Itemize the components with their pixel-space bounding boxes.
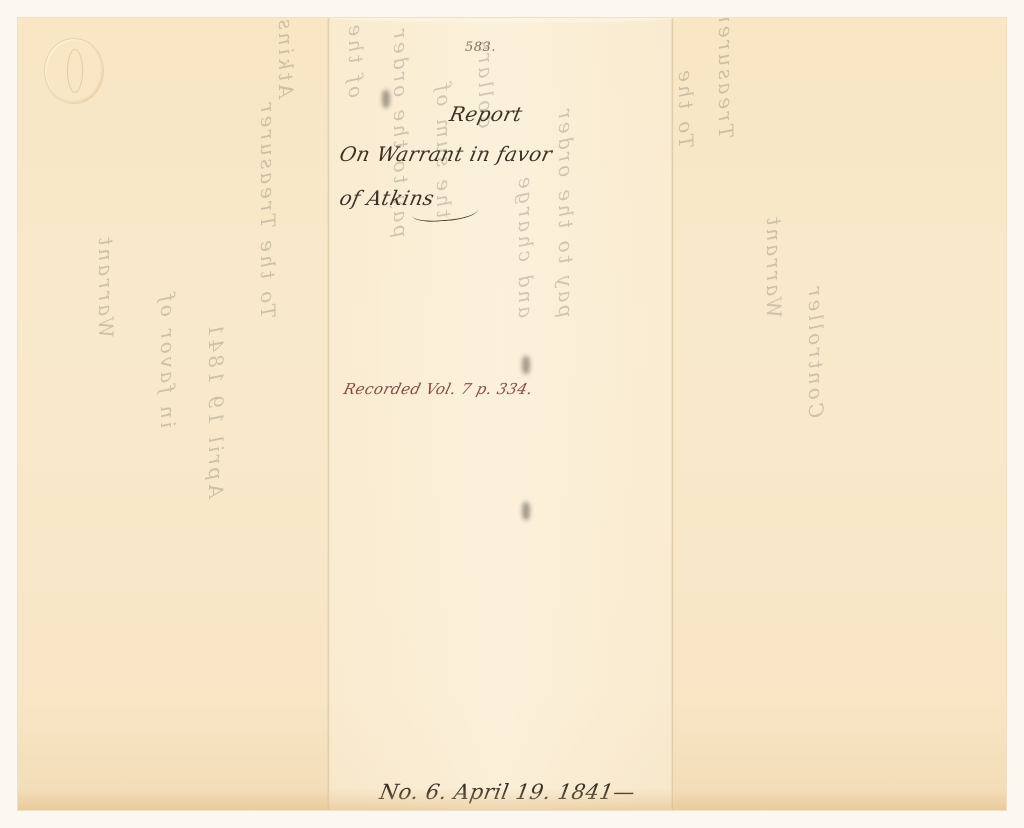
bleed-through-text: April 19 1841 [204,320,228,498]
ink-smudge [522,356,530,374]
fold-line-left [327,18,330,810]
ink-smudge [382,90,390,108]
bleed-through-text: Controller [804,284,828,418]
bleed-through-text: and charge [514,174,538,318]
bleed-through-text: Warrant [94,234,118,338]
bleed-through-text: in favor of [156,291,180,428]
recorded-annotation: Recorded Vol. 7 p. 334. [342,380,535,398]
bleed-through-text: pay to the order [554,106,578,318]
manuscript-page: Warrant in favor of April 19 1841 Atkins… [18,18,1006,810]
page-number: 583. [465,40,496,55]
document-viewer: Warrant in favor of April 19 1841 Atkins… [0,0,1024,828]
embossed-seal-icon [44,38,104,104]
docket-date-line: No. 6. April 19. 1841— [378,780,637,804]
docket-title-warrant: On Warrant in favor [337,142,554,166]
bleed-through-text: Atkins [274,18,298,98]
docket-title-report: Report [447,102,524,126]
bleed-through-text: of the State [344,18,368,98]
bleed-through-text: Treasurer [714,18,738,138]
bleed-through-text: To the [674,67,698,148]
bleed-through-text: To the Treasurer [256,100,280,318]
ink-smudge [522,502,530,520]
center-fold-panel [328,18,672,810]
bleed-through-text: Warrant [762,214,786,318]
